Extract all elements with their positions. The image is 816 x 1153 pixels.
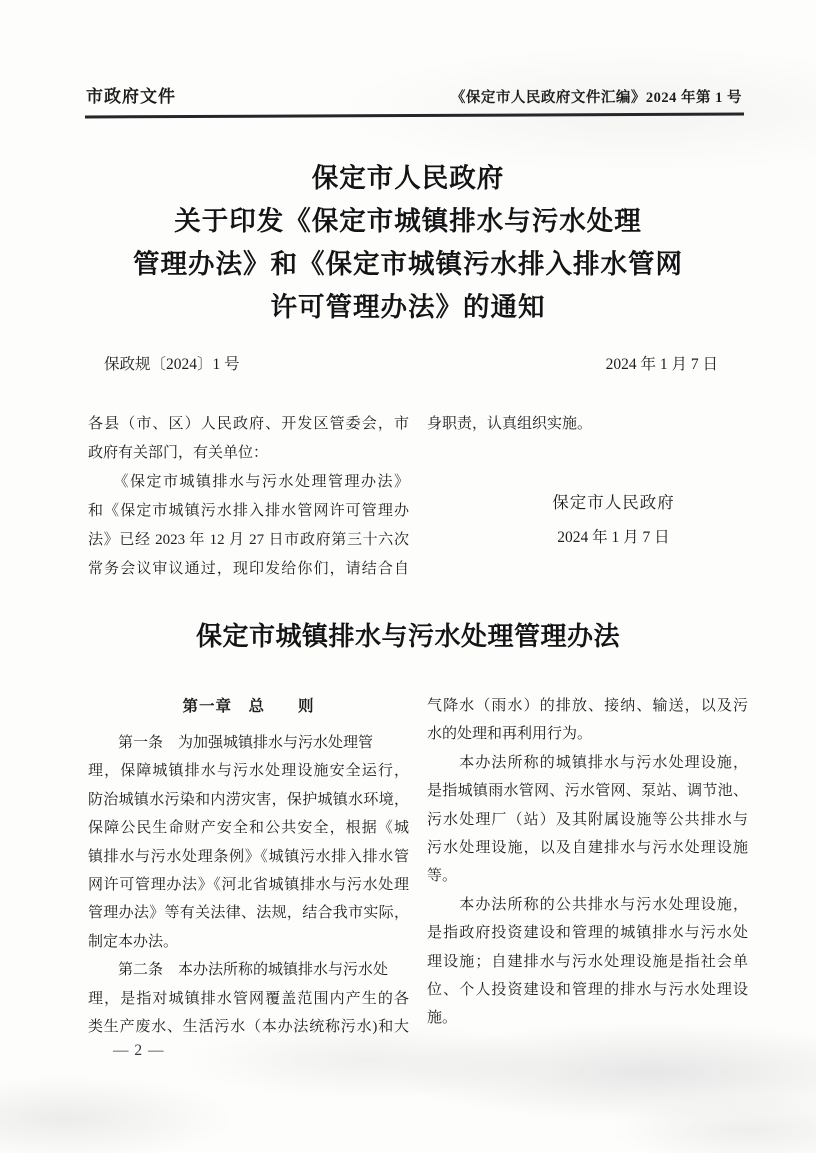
regulation-text-line: 制定本办法。 [88,928,409,956]
notice-body: 各县（市、区）人民政府、开发区管委会，市政府有关部门，有关单位： 《保定市城镇排… [88,410,748,584]
notice-text-line: 常务会议审议通过，现印发给你们，请结合自 [88,555,409,584]
regulation-text-line: 是指城镇雨水管网、污水管网、泵站、调节池、 [427,777,748,805]
page-number: — 2 — [113,1042,165,1060]
regulation-text-line: 本办法所称的城镇排水与污水处理设施， [427,749,748,777]
regulation-text-line: 理，是指对城镇排水管网覆盖范围内产生的各 [88,985,409,1013]
document-title-line: 管理办法》和《保定市城镇污水排入排水管网 [0,243,816,286]
notice-text-line: 《保定市城镇排水与污水处理管理办法》 [88,468,409,497]
notice-text-line: 政府有关部门，有关单位： [88,439,409,468]
regulation-text-line: 污水处理厂（站）及其附属设施等公共排水与 [427,806,748,834]
notice-text-line: 身职责，认真组织实施。 [427,410,748,439]
notice-right-column: 身职责，认真组织实施。 保定市人民政府 2024 年 1 月 7 日 [427,410,748,584]
regulation-text-line: 位、个人投资建设和管理的排水与污水处理设 [427,976,748,1004]
document-title-line: 关于印发《保定市城镇排水与污水处理 [0,200,816,243]
regulation-text-line: 镇排水与污水处理条例》《城镇污水排入排水管 [88,843,409,871]
regulation-text-line: 气降水（雨水）的排放、接纳、输送，以及污 [427,692,748,720]
page-header: 市政府文件 《保定市人民政府文件汇编》2024 年第 1 号 [86,82,742,107]
regulation-text-line: 第一条 为加强城镇排水与污水处理管 [88,729,409,757]
regulation-text-line: 水的处理和再利用行为。 [427,720,748,748]
doc-info-row: 保政规〔2024〕1 号 2024 年 1 月 7 日 [104,352,718,374]
regulation-text-line: 理，保障城镇排水与污水处理设施安全运行， [88,757,409,785]
notice-left-column: 各县（市、区）人民政府、开发区管委会，市政府有关部门，有关单位： 《保定市城镇排… [88,410,409,584]
chapter-heading: 第一章 总 则 [88,692,409,721]
regulation-text-line: 是指政府投资建设和管理的城镇排水与污水处 [427,919,748,947]
header-compilation-ref: 《保定市人民政府文件汇编》2024 年第 1 号 [451,86,742,107]
regulation-text-line: 等。 [427,862,748,890]
document-title-line: 许可管理办法》的通知 [0,286,816,329]
notice-text-line: 和《保定市城镇污水排入排水管网许可管理办 [88,497,409,526]
regulation-text-line: 第二条 本办法所称的城镇排水与污水处 [88,956,409,984]
regulation-left-lines: 第一条 为加强城镇排水与污水处理管理，保障城镇排水与污水处理设施安全运行，防治城… [88,729,409,1041]
regulation-title: 保定市城镇排水与污水处理管理办法 [0,616,816,653]
regulation-text-line: 管理办法》等有关法律、法规，结合我市实际， [88,899,409,927]
signature-date: 2024 年 1 月 7 日 [479,520,748,555]
regulation-text-line: 施。 [427,1004,748,1032]
signature-org: 保定市人民政府 [479,485,748,520]
regulation-body: 第一章 总 则 第一条 为加强城镇排水与污水处理管理，保障城镇排水与污水处理设施… [88,692,748,1041]
header-divider [85,113,744,119]
regulation-left-column: 第一章 总 则 第一条 为加强城镇排水与污水处理管理，保障城镇排水与污水处理设施… [88,692,409,1041]
document-title-line: 保定市人民政府 [0,157,816,200]
signature-block: 保定市人民政府 2024 年 1 月 7 日 [427,485,748,555]
document-page: 市政府文件 《保定市人民政府文件汇编》2024 年第 1 号 保定市人民政府关于… [0,0,816,1153]
regulation-text-line: 防治城镇水污染和内涝灾害，保护城镇水环境， [88,786,409,814]
notice-text-line: 法》已经 2023 年 12 月 27 日市政府第三十六次 [88,526,409,555]
regulation-right-column: 气降水（雨水）的排放、接纳、输送，以及污水的处理和再利用行为。 本办法所称的城镇… [427,692,748,1041]
notice-text-line: 各县（市、区）人民政府、开发区管委会，市 [88,410,409,439]
doc-number: 保政规〔2024〕1 号 [104,352,240,374]
regulation-text-line: 类生产废水、生活污水（本办法统称污水)和大 [88,1013,409,1041]
regulation-text-line: 网许可管理办法》《河北省城镇排水与污水处理 [88,871,409,899]
regulation-text-line: 污水处理设施，以及自建排水与污水处理设施 [427,834,748,862]
doc-date: 2024 年 1 月 7 日 [606,352,718,374]
header-doc-type-label: 市政府文件 [86,82,176,107]
notice-right-lines: 身职责，认真组织实施。 [427,410,748,439]
regulation-text-line: 本办法所称的公共排水与污水处理设施， [427,891,748,919]
regulation-text-line: 保障公民生命财产安全和公共安全，根据《城 [88,814,409,842]
regulation-text-line: 理设施；自建排水与污水处理设施是指社会单 [427,948,748,976]
document-title: 保定市人民政府关于印发《保定市城镇排水与污水处理管理办法》和《保定市城镇污水排入… [0,157,816,329]
